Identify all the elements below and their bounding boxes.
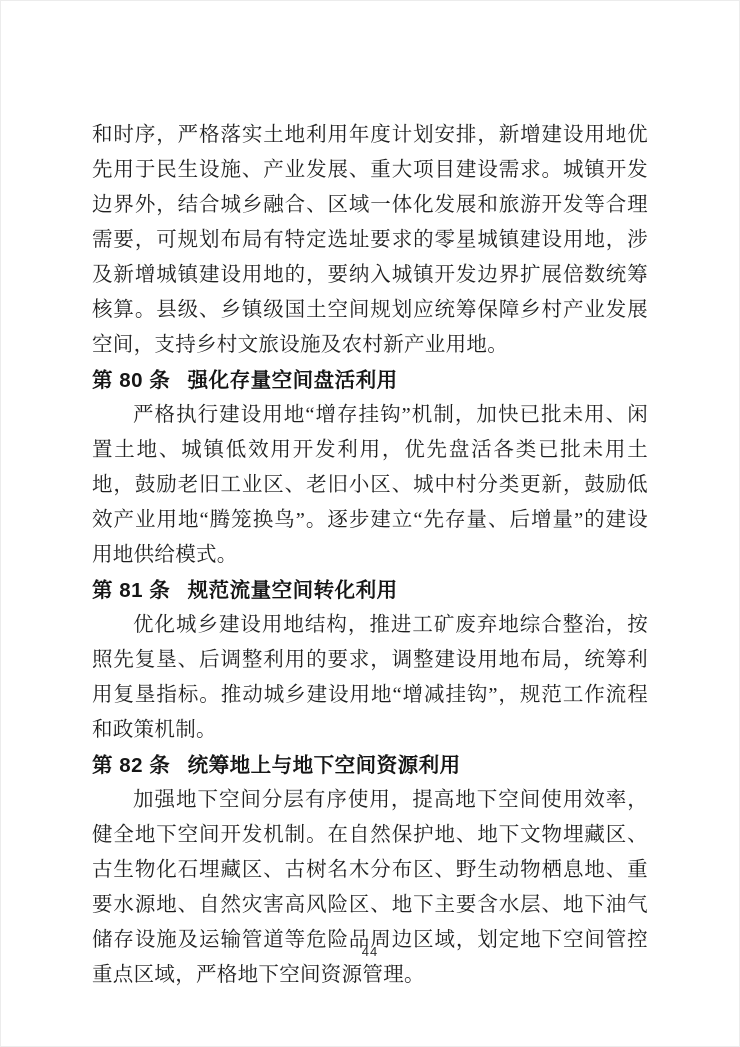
article-82-heading: 第 82 条统筹地上与地下空间资源利用 [92, 748, 648, 783]
article-80-number: 第 80 条 [92, 369, 170, 392]
page-number: 44 [0, 944, 740, 959]
article-80-title: 强化存量空间盘活利用 [188, 369, 398, 392]
paragraph-article-81: 优化城乡建设用地结构，推进工矿废弃地综合整治，按照先复垦、后调整利用的要求，调整… [92, 608, 648, 748]
article-81-title: 规范流量空间转化利用 [188, 579, 398, 602]
paragraph-article-82: 加强地下空间分层有序使用，提高地下空间使用效率，健全地下空间开发机制。在自然保护… [92, 783, 648, 993]
document-page: 和时序，严格落实土地利用年度计划安排，新增建设用地优先用于民生设施、产业发展、重… [0, 0, 740, 1047]
text-block: 和时序，严格落实土地利用年度计划安排，新增建设用地优先用于民生设施、产业发展、重… [92, 118, 648, 993]
article-82-number: 第 82 条 [92, 754, 170, 777]
article-80-heading: 第 80 条强化存量空间盘活利用 [92, 363, 648, 398]
paragraph-continuation: 和时序，严格落实土地利用年度计划安排，新增建设用地优先用于民生设施、产业发展、重… [92, 118, 648, 363]
article-82-title: 统筹地上与地下空间资源利用 [188, 754, 461, 777]
article-81-number: 第 81 条 [92, 579, 170, 602]
article-81-heading: 第 81 条规范流量空间转化利用 [92, 573, 648, 608]
paragraph-article-80: 严格执行建设用地“增存挂钩”机制，加快已批未用、闲置土地、城镇低效用开发利用，优… [92, 398, 648, 573]
